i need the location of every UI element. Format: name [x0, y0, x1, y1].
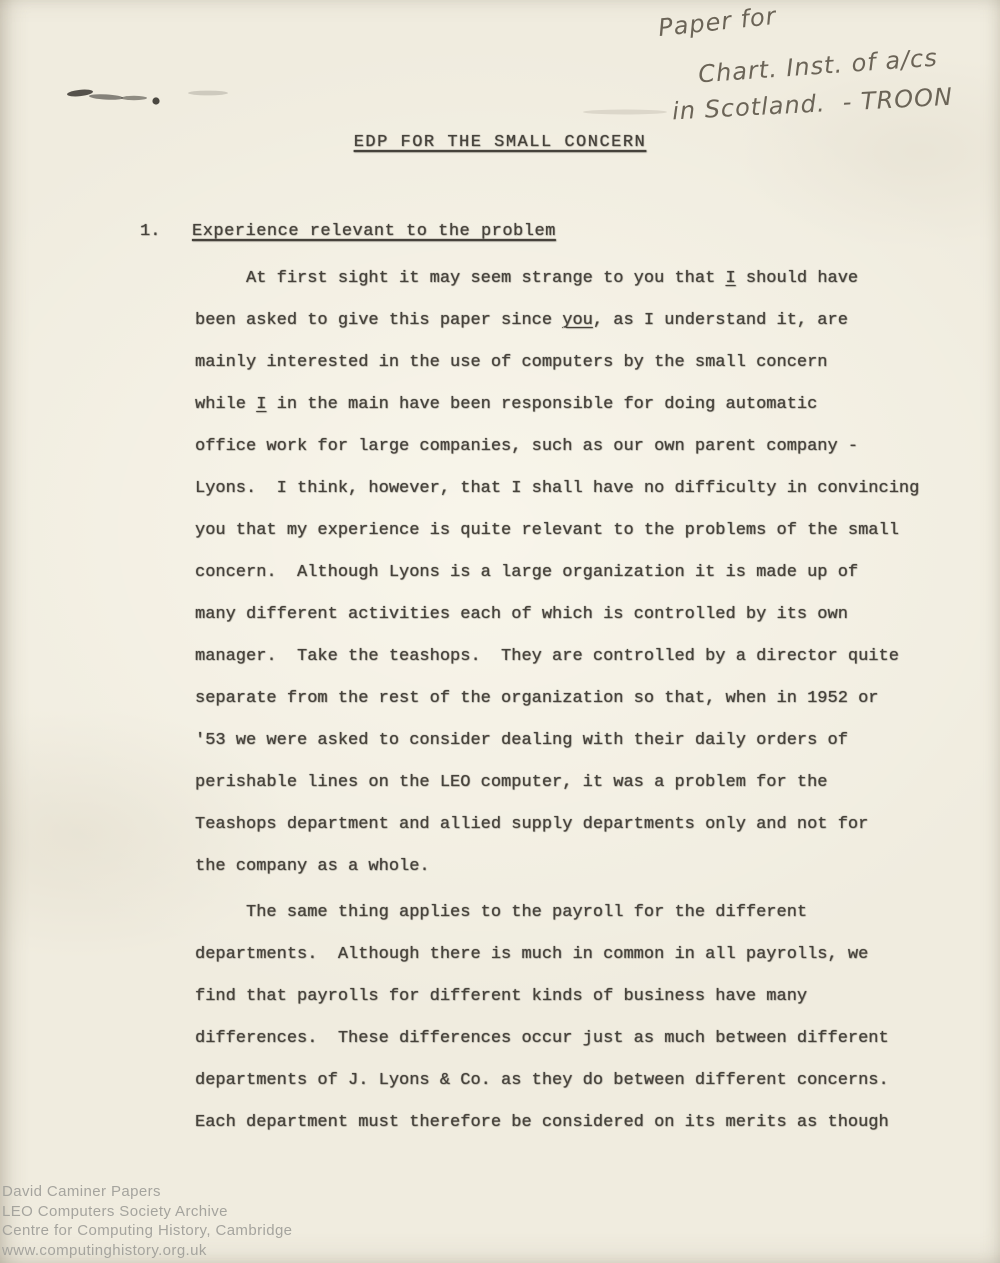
annotation-line: Chart. Inst. of a/cs — [697, 44, 938, 89]
annotation-line: in Scotland. - TROON — [671, 83, 953, 126]
watermark-line: LEO Computers Society Archive — [2, 1202, 292, 1222]
text-line: mainly interested in the use of computer… — [195, 342, 955, 384]
text-line: find that payrolls for different kinds o… — [195, 976, 955, 1018]
annotation-line: Paper for — [657, 2, 778, 42]
paragraph: At first sight it may seem strange to yo… — [195, 258, 955, 888]
section-number: 1. — [140, 222, 160, 241]
faint-smudge — [580, 106, 670, 118]
archive-watermark: David Caminer Papers LEO Computers Socie… — [2, 1182, 292, 1260]
section-heading: Experience relevant to the problem — [192, 222, 792, 241]
text-line: concern. Although Lyons is a large organ… — [195, 552, 955, 594]
text-line: '53 we were asked to consider dealing wi… — [195, 720, 955, 762]
text-line: the company as a whole. — [195, 846, 955, 888]
text-line: you that my experience is quite relevant… — [195, 510, 955, 552]
text-line: The same thing applies to the payroll fo… — [195, 892, 955, 934]
text-line: Lyons. I think, however, that I shall ha… — [195, 468, 955, 510]
ink-smudge — [58, 80, 288, 114]
text-line: perishable lines on the LEO computer, it… — [195, 762, 955, 804]
text-line: office work for large companies, such as… — [195, 426, 955, 468]
scanned-page: Paper for Chart. Inst. of a/cs in Scotla… — [0, 0, 1000, 1263]
watermark-line: David Caminer Papers — [2, 1182, 292, 1202]
text-line: separate from the rest of the organizati… — [195, 678, 955, 720]
watermark-line: Centre for Computing History, Cambridge — [2, 1221, 292, 1241]
text-line: manager. Take the teashops. They are con… — [195, 636, 955, 678]
text-line: departments of J. Lyons & Co. as they do… — [195, 1060, 955, 1102]
text-line: Teashops department and allied supply de… — [195, 804, 955, 846]
text-line: Each department must therefore be consid… — [195, 1102, 955, 1144]
watermark-line: www.computinghistory.org.uk — [2, 1241, 292, 1261]
text-line: departments. Although there is much in c… — [195, 934, 955, 976]
text-line: many different activities each of which … — [195, 594, 955, 636]
text-line: At first sight it may seem strange to yo… — [195, 258, 955, 300]
paragraph: The same thing applies to the payroll fo… — [195, 892, 955, 1144]
document-title: EDP FOR THE SMALL CONCERN — [0, 133, 1000, 152]
text-line: while I in the main have been responsibl… — [195, 384, 955, 426]
document-body: At first sight it may seem strange to yo… — [195, 258, 955, 1148]
text-line: been asked to give this paper since you,… — [195, 300, 955, 342]
text-line: differences. These differences occur jus… — [195, 1018, 955, 1060]
